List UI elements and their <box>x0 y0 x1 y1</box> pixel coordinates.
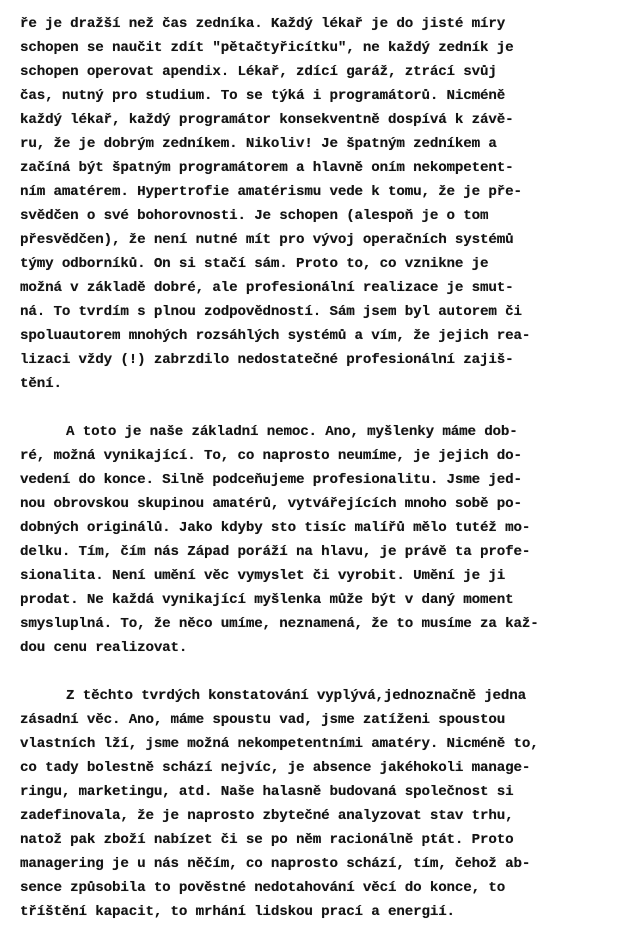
text-line: A toto je naše základní nemoc. Ano, myšl… <box>20 420 620 444</box>
scanned-typewritten-page: ře je dražší než čas zedníka. Každý léka… <box>0 0 636 930</box>
text-line: co tady bolestně schází nejvíc, je absen… <box>20 756 620 780</box>
text-line: sionalita. Není umění věc vymyslet či vy… <box>20 564 620 588</box>
text-line: ru, že je dobrým zedníkem. Nikoliv! Je š… <box>20 132 620 156</box>
text-line: dobných originálů. Jako kdyby sto tisíc … <box>20 516 620 540</box>
text-line: vedení do konce. Silně podceňujeme profe… <box>20 468 620 492</box>
text-line: managering je u nás něčím, co naprosto s… <box>20 852 620 876</box>
text-line: spoluautorem mnohých rozsáhlých systémů … <box>20 324 620 348</box>
paragraph-3: Z těchto tvrdých konstatování vyplývá,je… <box>20 684 620 924</box>
text-line: tění. <box>20 372 620 396</box>
text-line: smysluplná. To, že něco umíme, neznamená… <box>20 612 620 636</box>
text-line: možná v základě dobré, ale profesionální… <box>20 276 620 300</box>
text-line: týmy odborníků. On si stačí sám. Proto t… <box>20 252 620 276</box>
text-line: zásadní věc. Ano, máme spoustu vad, jsme… <box>20 708 620 732</box>
text-line: přesvědčen), že není nutné mít pro vývoj… <box>20 228 620 252</box>
text-line: začíná být špatným programátorem a hlavn… <box>20 156 620 180</box>
text-line: tříštění kapacit, to mrhání lidskou prac… <box>20 900 620 924</box>
paragraph-1: ře je dražší než čas zedníka. Každý léka… <box>20 12 620 396</box>
text-line: dou cenu realizovat. <box>20 636 620 660</box>
text-line: sence způsobila to pověstné nedotahování… <box>20 876 620 900</box>
text-line: ním amatérem. Hypertrofie amatérismu ved… <box>20 180 620 204</box>
text-line: svědčen o své bohorovnosti. Je schopen (… <box>20 204 620 228</box>
text-line: vlastních lží, jsme možná nekompetentním… <box>20 732 620 756</box>
text-line: natož pak zboží nabízet či se po něm rac… <box>20 828 620 852</box>
text-line: ré, možná vynikající. To, co naprosto ne… <box>20 444 620 468</box>
text-line: lizaci vždy (!) zabrzdilo nedostatečné p… <box>20 348 620 372</box>
text-line: prodat. Ne každá vynikající myšlenka můž… <box>20 588 620 612</box>
text-line: čas, nutný pro studium. To se týká i pro… <box>20 84 620 108</box>
text-line: každý lékař, každý programátor konsekven… <box>20 108 620 132</box>
text-line: delku. Tím, čím nás Západ poráží na hlav… <box>20 540 620 564</box>
text-line: Z těchto tvrdých konstatování vyplývá,je… <box>20 684 620 708</box>
text-line: ná. To tvrdím s plnou zodpovědností. Sám… <box>20 300 620 324</box>
text-line: ringu, marketingu, atd. Naše halasně bud… <box>20 780 620 804</box>
text-line: ře je dražší než čas zedníka. Každý léka… <box>20 12 620 36</box>
text-line: zadefinovala, že je naprosto zbytečné an… <box>20 804 620 828</box>
text-line: schopen se naučit zdít "pětačtyřicítku",… <box>20 36 620 60</box>
text-line: schopen operovat apendix. Lékař, zdící g… <box>20 60 620 84</box>
paragraph-2: A toto je naše základní nemoc. Ano, myšl… <box>20 420 620 660</box>
text-line: nou obrovskou skupinou amatérů, vytvářej… <box>20 492 620 516</box>
